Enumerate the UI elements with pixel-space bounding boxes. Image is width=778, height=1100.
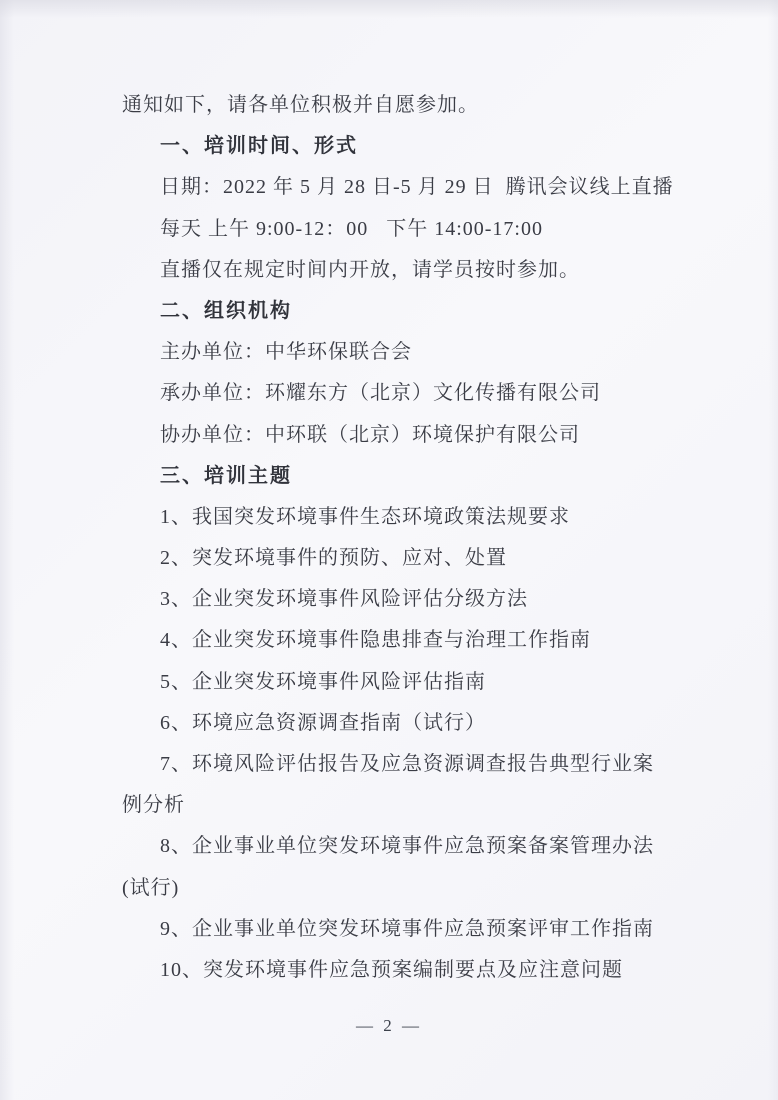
section-3-heading: 三、培训主题 xyxy=(122,456,688,497)
topic-item-8: 8、企业事业单位突发环境事件应急预案备案管理办法 xyxy=(122,826,688,867)
topic-item-8-continuation: (试行) xyxy=(122,868,688,909)
undertaker-unit-line: 承办单位：环耀东方（北京）文化传播有限公司 xyxy=(122,373,688,414)
document-body: 通知如下，请各单位积极并自愿参加。 一、培训时间、形式 日期：2022 年 5 … xyxy=(122,85,688,991)
scanned-document-page: 通知如下，请各单位积极并自愿参加。 一、培训时间、形式 日期：2022 年 5 … xyxy=(0,0,778,1100)
intro-line: 通知如下，请各单位积极并自愿参加。 xyxy=(122,85,688,126)
topic-item-9: 9、企业事业单位突发环境事件应急预案评审工作指南 xyxy=(122,909,688,950)
section-1-heading: 一、培训时间、形式 xyxy=(122,126,688,167)
topic-item-1: 1、我国突发环境事件生态环境政策法规要求 xyxy=(122,497,688,538)
host-unit-line: 主办单位：中华环保联合会 xyxy=(122,332,688,373)
co-organizer-unit-line: 协办单位：中环联（北京）环境保护有限公司 xyxy=(122,415,688,456)
section-2-heading: 二、组织机构 xyxy=(122,291,688,332)
page-number: — 2 — xyxy=(0,1016,778,1036)
topic-item-4: 4、企业突发环境事件隐患排查与治理工作指南 xyxy=(122,620,688,661)
topic-item-6: 6、环境应急资源调查指南（试行） xyxy=(122,703,688,744)
broadcast-note-line: 直播仅在规定时间内开放，请学员按时参加。 xyxy=(122,250,688,291)
topic-item-2: 2、突发环境事件的预防、应对、处置 xyxy=(122,538,688,579)
topic-item-7: 7、环境风险评估报告及应急资源调查报告典型行业案 xyxy=(122,744,688,785)
daily-schedule-line: 每天 上午 9:00-12：00 下午 14:00-17:00 xyxy=(122,209,688,250)
topic-item-3: 3、企业突发环境事件风险评估分级方法 xyxy=(122,579,688,620)
training-date-line: 日期：2022 年 5 月 28 日-5 月 29 日 腾讯会议线上直播 xyxy=(122,167,688,208)
topic-item-7-continuation: 例分析 xyxy=(122,785,688,826)
topic-item-5: 5、企业突发环境事件风险评估指南 xyxy=(122,662,688,703)
topic-item-10: 10、突发环境事件应急预案编制要点及应注意问题 xyxy=(122,950,688,991)
